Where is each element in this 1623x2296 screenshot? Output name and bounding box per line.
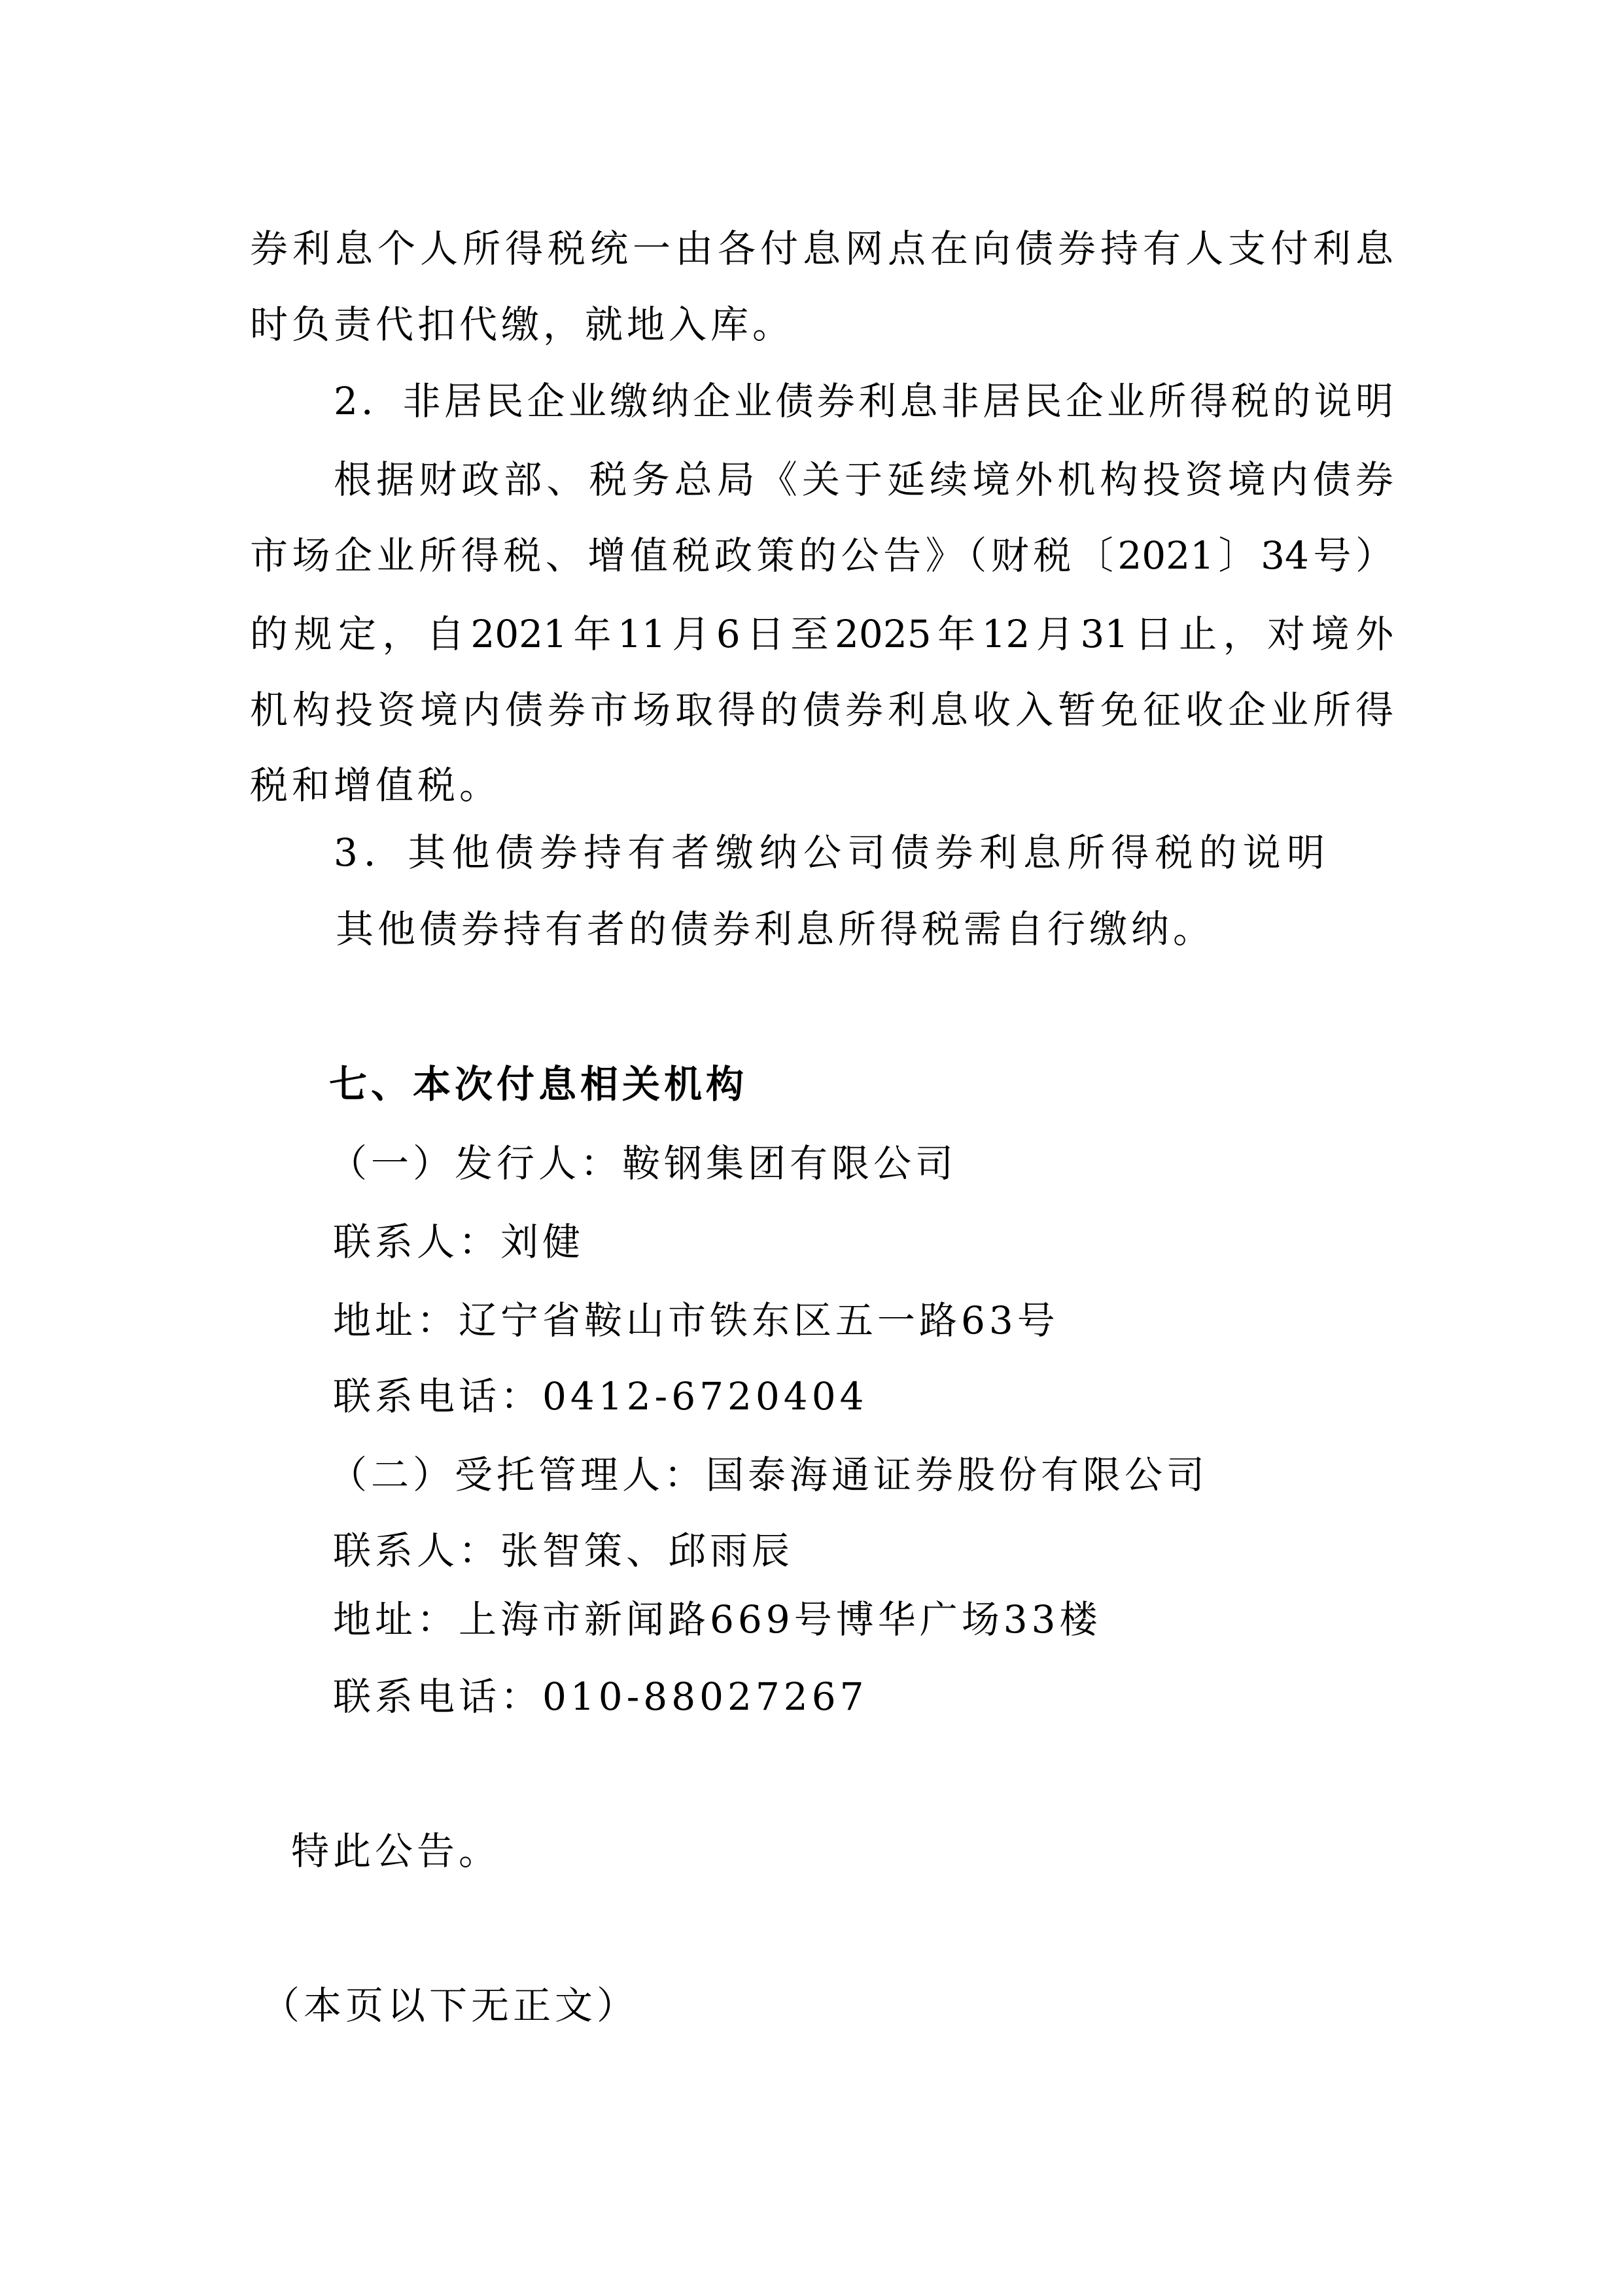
item-2-body-line: 机构投资境内债券市场取得的债券利息收入暂免征收企业所得: [250, 684, 1393, 736]
issuer-label: （一）发行人：鞍钢集团有限公司: [329, 1137, 957, 1190]
trustee-label: （二）受托管理人：国泰海通证券股份有限公司: [329, 1449, 1208, 1501]
item-3-title: 3．其他债券持有者缴纳公司债券利息所得税的说明: [334, 826, 1325, 879]
paragraph-line: 时负责代扣代缴，就地入库。: [250, 298, 794, 351]
item-2-body-line: 根据财政部、税务总局《关于延续境外机构投资境内债券: [334, 453, 1393, 506]
item-2-body-line: 税和增值税。: [250, 759, 501, 811]
item-3-body: 其他债券持有者的债券利息所得税需自行缴纳。: [336, 903, 1215, 955]
issuer-phone: 联系电话：0412-6720404: [333, 1370, 868, 1422]
issuer-address: 地址：辽宁省鞍山市铁东区五一路63号: [333, 1294, 1059, 1347]
paragraph-line: 券利息个人所得税统一由各付息网点在向债券持有人支付利息: [250, 222, 1393, 275]
trustee-phone: 联系电话：010-88027267: [333, 1670, 868, 1723]
trustee-address: 地址：上海市新闻路669号博华广场33楼: [333, 1593, 1102, 1646]
issuer-contact: 联系人：刘健: [333, 1216, 584, 1268]
item-2-body-line: 的规定，自2021年11月6日至2025年12月31日止，对境外: [250, 608, 1393, 660]
section-heading: 七、本次付息相关机构: [329, 1058, 748, 1110]
document-page: 券利息个人所得税统一由各付息网点在向债券持有人支付利息 时负责代扣代缴，就地入库…: [0, 0, 1623, 2296]
closing-statement: 特此公告。: [291, 1825, 500, 1877]
item-2-title: 2．非居民企业缴纳企业债券利息非居民企业所得税的说明: [334, 375, 1393, 427]
trustee-contact: 联系人：张智策、邱雨辰: [333, 1525, 794, 1577]
footer-note: （本页以下无正文）: [262, 1979, 638, 2032]
item-2-body-line: 市场企业所得税、增值税政策的公告》（财税〔2021〕34号）: [250, 529, 1393, 582]
